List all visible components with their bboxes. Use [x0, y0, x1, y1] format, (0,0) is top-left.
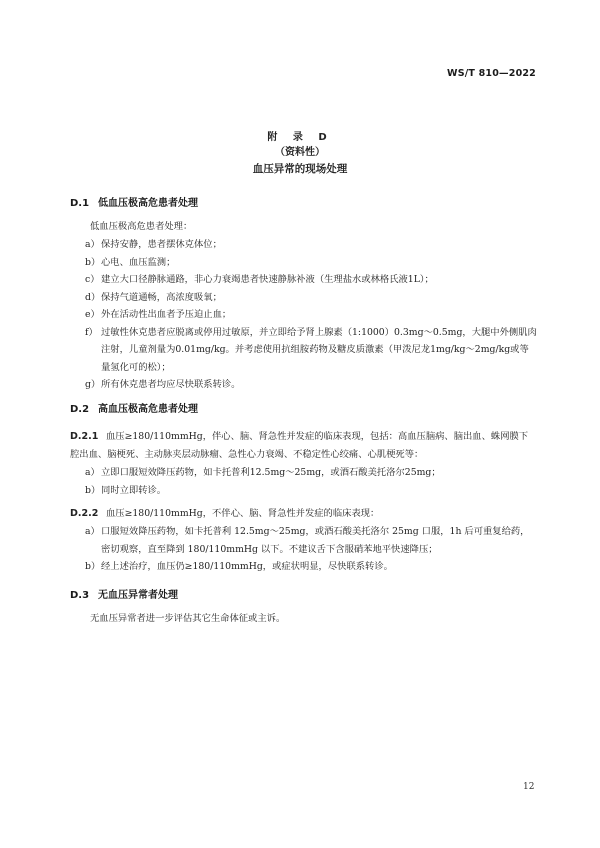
list-text: 保持安静，患者摆休克体位；	[101, 236, 537, 254]
clause-d2-2: D.2.2血压≥180/110mmHg，不伴心、脑、肾急性并发症的临床表现：	[70, 505, 537, 523]
list-text: 经上述治疗，血压仍≥180/110mmHg，或症状明显，尽快联系转诊。	[101, 558, 537, 576]
list-item: d）保持气道通畅，高浓度吸氧；	[85, 289, 537, 307]
clause-number: D.2.1	[70, 428, 106, 446]
list-item: a）立即口服短效降压药物，如卡托普利12.5mg～25mg，或酒石酸美托洛尔25…	[85, 464, 537, 482]
section-title: 高血压极高危患者处理	[98, 404, 198, 415]
list-marker: a）	[85, 523, 101, 558]
clause-d2-1: D.2.1血压≥180/110mmHg，伴心、脑、肾急性并发症的临床表现，包括：…	[70, 428, 537, 463]
list-text: 心电、血压监测；	[101, 254, 537, 272]
list-item: g）所有休克患者均应尽快联系转诊。	[85, 376, 537, 394]
section-heading-d3: D.3无血压异常者处理	[70, 586, 178, 601]
clause-number: D.2.2	[70, 505, 106, 523]
appendix-title: 血压异常的现场处理	[0, 161, 600, 178]
list-item: b）同时立即转诊。	[85, 482, 537, 500]
list-item: b）心电、血压监测；	[85, 254, 537, 272]
list-marker: e）	[85, 306, 101, 324]
appendix-type: （资料性）	[0, 145, 600, 161]
section-title: 低血压极高危患者处理	[98, 198, 198, 209]
section-number: D.1	[70, 198, 98, 209]
list-item: a）口服短效降压药物，如卡托普利 12.5mg～25mg，或酒石酸美托洛尔 25…	[85, 523, 537, 558]
clause-text: 血压≥180/110mmHg，伴心、脑、肾急性并发症的临床表现，包括：高血压脑病…	[70, 431, 528, 460]
section-title: 无血压异常者处理	[98, 590, 178, 601]
section-heading-d1: D.1低血压极高危患者处理	[70, 194, 198, 209]
d2-1-list: a）立即口服短效降压药物，如卡托普利12.5mg～25mg，或酒石酸美托洛尔25…	[85, 464, 537, 499]
list-marker: d）	[85, 289, 101, 307]
page-number: 12	[523, 782, 534, 792]
list-marker: a）	[85, 236, 101, 254]
section-number: D.2	[70, 404, 98, 415]
list-item: a）保持安静，患者摆休克体位；	[85, 236, 537, 254]
section-body: 无血压异常者进一步评估其它生命体征或主诉。	[90, 610, 535, 628]
d2-2-list: a）口服短效降压药物，如卡托普利 12.5mg～25mg，或酒石酸美托洛尔 25…	[85, 523, 537, 576]
section-intro: 低血压极高危患者处理：	[90, 218, 535, 236]
section-number: D.3	[70, 590, 98, 601]
list-marker: b）	[85, 254, 101, 272]
d1-list: a）保持安静，患者摆休克体位； b）心电、血压监测； c）建立大口径静脉通路，非…	[85, 236, 537, 394]
list-text: 建立大口径静脉通路，非心力衰竭患者快速静脉补液（生理盐水或林格氏液1L）；	[101, 271, 537, 289]
appendix-title-block: 附 录 D （资料性） 血压异常的现场处理	[0, 130, 600, 178]
list-text: 外在活动性出血者予压迫止血；	[101, 306, 537, 324]
list-text: 过敏性休克患者应脱离或停用过敏原，并立即给予肾上腺素（1:1000）0.3mg～…	[101, 324, 537, 377]
list-text: 口服短效降压药物，如卡托普利 12.5mg～25mg，或酒石酸美托洛尔 25mg…	[101, 523, 537, 558]
list-marker: b）	[85, 558, 101, 576]
list-marker: a）	[85, 464, 101, 482]
list-marker: b）	[85, 482, 101, 500]
list-item: f）过敏性休克患者应脱离或停用过敏原，并立即给予肾上腺素（1:1000）0.3m…	[85, 324, 537, 377]
list-text: 保持气道通畅，高浓度吸氧；	[101, 289, 537, 307]
clause-text: 血压≥180/110mmHg，不伴心、脑、肾急性并发症的临床表现：	[106, 508, 379, 519]
standard-code: WS/T 810—2022	[447, 68, 536, 79]
list-marker: c）	[85, 271, 101, 289]
section-heading-d2: D.2高血压极高危患者处理	[70, 400, 198, 415]
list-text: 所有休克患者均应尽快联系转诊。	[101, 376, 537, 394]
appendix-label: 附 录 D	[0, 130, 600, 145]
document-page: WS/T 810—2022 附 录 D （资料性） 血压异常的现场处理 D.1低…	[0, 0, 600, 848]
list-marker: f）	[85, 324, 101, 377]
list-item: b）经上述治疗，血压仍≥180/110mmHg，或症状明显，尽快联系转诊。	[85, 558, 537, 576]
list-item: e）外在活动性出血者予压迫止血；	[85, 306, 537, 324]
list-text: 同时立即转诊。	[101, 482, 537, 500]
list-text: 立即口服短效降压药物，如卡托普利12.5mg～25mg，或酒石酸美托洛尔25mg…	[101, 464, 537, 482]
list-item: c）建立大口径静脉通路，非心力衰竭患者快速静脉补液（生理盐水或林格氏液1L）；	[85, 271, 537, 289]
list-marker: g）	[85, 376, 101, 394]
